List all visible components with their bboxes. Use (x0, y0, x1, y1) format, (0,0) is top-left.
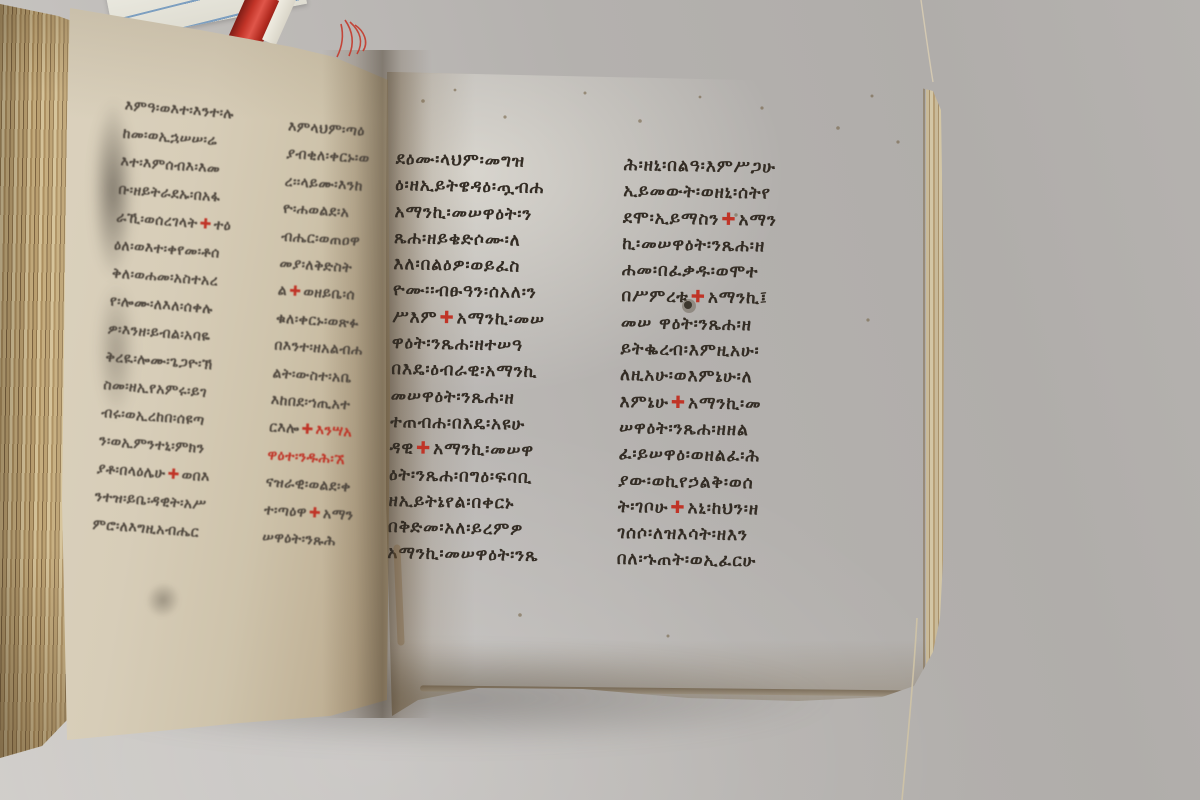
text-segment: ያቶ፡በላዕሌሁ (96, 461, 166, 482)
text-segment: ረ፡፡ላይሙ፡እንከ (284, 174, 363, 195)
text-segment: ዎ፡እንዘ፡ይብል፡አባዬ (107, 321, 211, 345)
text-segment: አማን (323, 506, 354, 524)
text-segment: ት፡ገቦሁ (618, 497, 669, 518)
text-segment: የ፡ሎሙ፡ለእለ፡ሰቀሉ (109, 293, 213, 317)
text-line: ሕ፡ዘኒ፡በልዓ፡እምሥጋሁ (624, 152, 856, 182)
text-segment: ስመ፡ዘኢየአምሩ፡ይገ (103, 377, 208, 401)
text-segment: አማን (738, 210, 777, 231)
text-segment: ኢይመውት፡ወዘኒ፡ሰትየ (623, 181, 771, 204)
text-line: ት፡ገቦሁ✚አኒ፡ከህን፡ዘ (618, 494, 850, 524)
text-line: ገሰሶ፡ለዝእሳት፡ዘእን (617, 520, 849, 550)
text-segment: እተ፡እምሰብእ፡እመ (120, 154, 221, 178)
text-segment: ዮሙ፡፡ብፁዓን፡ሰአለ፡ን (393, 280, 537, 303)
text-segment: ቅለ፡ወሐመ፡አስተአረ (111, 265, 218, 289)
text-line: ሠዋዕት፡ንጼሐ፡ዘዘል (619, 415, 851, 445)
text-segment: ዕት፡ንጼሐ፡በግዕ፡ፍባቢ (389, 464, 533, 487)
text-segment: አማንኪ፡መሠዋ (433, 439, 534, 461)
text-segment: ርእሎ (269, 420, 300, 438)
text-segment: እለ፡በልዕዎ፡ወይፈስ (393, 254, 520, 277)
red-cross-mark: ✚ (719, 209, 739, 229)
red-cross-mark: ✚ (668, 498, 688, 518)
red-cross-mark: ✚ (287, 284, 304, 301)
red-cross-mark: ✚ (437, 308, 457, 328)
text-segment: በለ፡ኁጠት፡ወኢፈርሁ (617, 549, 757, 571)
text-segment: ቡ፡ዘይትራደኡ፡በአፋ (118, 182, 221, 206)
text-segment: ሥእም (392, 307, 438, 328)
red-cross-mark: ✚ (306, 505, 323, 522)
red-cross-mark: ✚ (669, 392, 689, 412)
text-segment: አማንኪ፡መሠዋዕት፡ንጼ (387, 543, 538, 566)
left-page-column-1: እምዓ፡ወእተ፡እንተ፡ሉከመ፡ወኢኋሠሠ፡ሬእተ፡እምሰብእ፡እመቡ፡ዘይትራ… (92, 92, 286, 551)
text-line: ዕ፡ዘኢይትዌዳዕ፡ጧብሐ (395, 172, 618, 203)
text-segment: ይትቈረብ፡እምዚአሁ፡ (620, 339, 759, 361)
text-segment: በሥምረቱ (621, 286, 689, 307)
text-line: አማንኪ፡መሠዋዕት፡ንጼ (387, 540, 610, 571)
red-cross-mark: ✚ (414, 439, 434, 459)
text-segment: ከመ፡ወኢኋሠሠ፡ሬ (122, 126, 218, 149)
text-line: ፈ፡ይሠዋዕ፡ወዘልፈ፡ሕ (618, 441, 850, 471)
text-segment: ራኺ፡ወሰረገላት (116, 210, 199, 232)
text-segment: እምዓ፡ወእተ፡እንተ፡ሉ (124, 98, 234, 122)
text-line: ኢይመውት፡ወዘኒ፡ሰትየ (623, 178, 855, 208)
red-cross-mark: ✚ (688, 288, 708, 308)
rubricated-text: እንሣአ (315, 423, 353, 441)
text-segment: ዮ፡ሐወልደ፡አ (283, 201, 350, 221)
text-line: ለዚአሁ፡ወእምኔሁ፡ለ (620, 362, 852, 392)
text-segment: ያብቂለ፡ቀርኑ፡ወ (286, 146, 370, 167)
text-segment: ወበእ (181, 467, 210, 485)
text-segment: አማንኪ፡መሠ (457, 308, 546, 330)
text-segment: መሠዋዕት፡ንጼሐ፡ዘ (391, 386, 515, 409)
text-segment: ምሮ፡ለእግዚአብሔር (92, 517, 200, 541)
text-line: በለ፡ኁጠት፡ወኢፈርሁ (617, 546, 849, 576)
text-segment: ልት፡ውስተ፡አቤ (272, 365, 352, 386)
text-segment: ተዕ (213, 217, 232, 234)
right-page-column-1: ደዕሙ፡ላህም፡መግዝዕ፡ዘኢይትዌዳዕ፡ጧብሐአማንኪ፡መሠዋዕት፡ንጼሐ፡ዘ… (387, 146, 618, 571)
faint-stain (140, 577, 186, 624)
text-segment: ገሰሶ፡ለዝእሳት፡ዘእን (617, 523, 748, 545)
text-segment: እከበደ፡ኀጢአተ (270, 393, 350, 414)
text-segment: መሠ ዋዕት፡ንጼሐ፡ዘ (621, 313, 752, 335)
text-segment: ሠዋዕት፡ንጼሐ፡ዘዘል (619, 418, 749, 440)
text-segment: አኒ፡ከህን፡ዘ (687, 498, 759, 519)
red-cross-mark: ✚ (197, 216, 214, 233)
text-segment: ሠዋዕት፡ንጹሕ (262, 529, 337, 550)
text-line: ያው፡ወኪየኃልቅ፡ወሰ (618, 468, 850, 498)
text-segment: ዘኢይትኔየል፡በቀርኑ (388, 491, 514, 514)
text-segment: ዋዕት፡ንጼሐ፡ዘተሠዓ (392, 333, 524, 356)
text-segment: አማንኪ፡መ (688, 393, 762, 414)
text-segment: ሐመ፡በፈቃዱ፡ወሞተ (622, 260, 759, 282)
text-segment: ዕለ፡ወእተ፡ቀየመ፡ቶሰ (114, 238, 221, 262)
text-segment: ተ፡ጣዕዋ (264, 502, 308, 521)
photo-scene: እምዓ፡ወእተ፡እንተ፡ሉከመ፡ወኢኋሠሠ፡ሬእተ፡እምሰብእ፡እመቡ፡ዘይትራ… (0, 0, 1200, 800)
text-segment: ጼሐ፡ዘይቄድሶሙ፡ለ (394, 228, 521, 251)
red-cross-mark: ✚ (165, 466, 182, 483)
text-line: ሐመ፡በፈቃዱ፡ወሞተ (622, 257, 854, 287)
red-cross-mark: ✚ (299, 422, 316, 439)
text-segment: ፈ፡ይሠዋዕ፡ወዘልፈ፡ሕ (619, 444, 761, 466)
text-segment: ዕ፡ዘኢይትዌዳዕ፡ጧብሐ (395, 175, 544, 198)
text-segment: ደዕሙ፡ላህም፡መግዝ (396, 149, 526, 172)
text-segment: ዳዊ (389, 438, 414, 459)
text-line: ኪ፡መሠዋዕት፡ንጼሐ፡ዘ (622, 231, 854, 261)
text-segment: ሕ፡ዘኒ፡በልዓ፡እምሥጋሁ (624, 155, 776, 178)
text-segment: ቁለ፡ቀርኑ፡ወጽፉ (276, 310, 360, 331)
text-segment: ንተዝ፡ይቤ፡ዳዊት፡አሥ (94, 489, 207, 514)
text-segment: ያው፡ወኪየኃልቅ፡ወሰ (618, 471, 754, 493)
text-line: ዳዊ✚አማንኪ፡መሠዋ (389, 435, 612, 466)
text-segment: መያ፡ለቅድስት (279, 256, 353, 277)
text-segment: ን፡ወኢምንተኒ፡ምክን (99, 433, 206, 457)
text-segment: እምላህም፡ጣዕ (288, 119, 366, 140)
text-segment: አማንኪ፡መሠዋዕት፡ን (394, 202, 532, 225)
text-segment: ቅረዪ፡ሎሙ፡ጌጋዮ፡ኽ (105, 349, 213, 373)
fore-edge-crease (923, 84, 925, 672)
text-segment: በእዴ፡ዕብራዊ፡አማንኪ (391, 359, 537, 382)
text-segment: ብሩ፡ወኢረከበ፡ሰዩጣ (101, 405, 205, 429)
text-segment: ደሞ፡ኢይማስን (623, 208, 720, 230)
rubricated-text: ዋዕተ፡ንዱሕ፡ኧ (267, 447, 346, 468)
text-segment: ወዘይቤ፡ሰ (303, 285, 356, 304)
text-segment: አማንኪ፤ (708, 288, 768, 309)
text-segment: ኪ፡መሠዋዕት፡ንጼሐ፡ዘ (622, 234, 765, 256)
text-segment: ተጠብሐ፡በእዴ፡አዩሁ (390, 412, 525, 435)
text-segment: እምኔሁ (619, 392, 669, 413)
text-line: እምኔሁ✚አማንኪ፡መ (619, 389, 851, 419)
text-line: በሥምረቱ✚አማንኪ፤ (621, 283, 853, 313)
text-line: ደሞ፡ኢይማስን✚አማን (623, 205, 855, 235)
text-line: ይትቈረብ፡እምዚአሁ፡ (620, 336, 852, 366)
text-segment: ለዚአሁ፡ወእምኔሁ፡ለ (620, 365, 753, 387)
text-segment: በቅድመ፡አለ፡ይረምዎ (388, 517, 524, 540)
text-segment: ናዝራዊ፡ወልደ፡ቀ (265, 475, 351, 496)
text-line: መሠ ዋዕት፡ንጼሐ፡ዘ (621, 310, 853, 340)
text-segment: በእንተ፡ዘአልብሐ (274, 338, 363, 360)
text-line: በእዴ፡ዕብራዊ፡አማንኪ (391, 356, 614, 387)
right-page-column-2: ሕ፡ዘኒ፡በልዓ፡እምሥጋሁኢይመውት፡ወዘኒ፡ሰትየደሞ፡ኢይማስን✚አማንኪ… (617, 152, 856, 577)
text-segment: ብሔር፡ወጠዐዋ (281, 228, 361, 249)
